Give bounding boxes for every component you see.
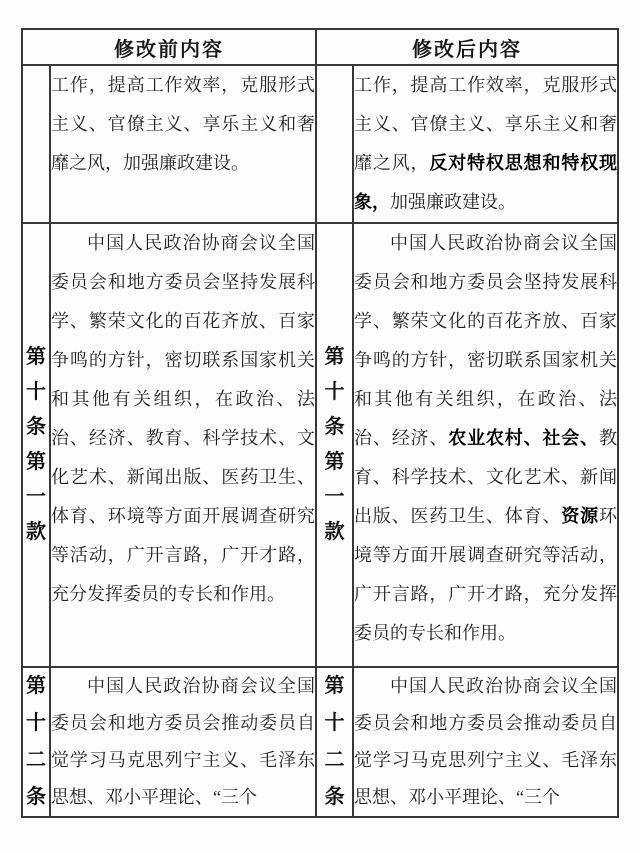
- cell-before-continuation: 工作，提高工作效率，克服形式主义、官僚主义、享乐主义和奢靡之风，加强廉政建设。: [50, 65, 316, 223]
- article-label-after-empty: [316, 65, 353, 223]
- article-label-after-12: 第十二条: [316, 667, 353, 817]
- cell-after-article-10-1: 中国人民政治协商会议全国委员会和地方委员会坚持发展科学、繁荣文化的百花齐放、百家…: [353, 223, 618, 667]
- article-label-after-10-1: 第十条第一款: [316, 223, 353, 667]
- cell-after-continuation: 工作，提高工作效率，克服形式主义、官僚主义、享乐主义和奢靡之风，反对特权思想和特…: [353, 65, 618, 223]
- article-label-before-10-1: 第十条第一款: [22, 223, 50, 667]
- cell-after-article-12: 中国人民政治协商会议全国委员会和地方委员会推动委员自觉学习马克思列宁主义、毛泽东…: [353, 667, 618, 817]
- document-page: 修改前内容 修改后内容 工作，提高工作效率，克服形式主义、官僚主义、享乐主义和奢…: [0, 0, 640, 853]
- article-label-before-empty: [22, 65, 50, 223]
- table-row-article-12: 第十二条 中国人民政治协商会议全国委员会和地方委员会推动委员自觉学习马克思列宁主…: [22, 667, 618, 817]
- header-after-column: 修改后内容: [316, 29, 618, 65]
- cell-before-article-10-1: 中国人民政治协商会议全国委员会和地方委员会坚持发展科学、繁荣文化的百花齐放、百家…: [50, 223, 316, 667]
- header-row: 修改前内容 修改后内容: [22, 29, 618, 65]
- header-before-column: 修改前内容: [22, 29, 316, 65]
- cell-before-article-12: 中国人民政治协商会议全国委员会和地方委员会推动委员自觉学习马克思列宁主义、毛泽东…: [50, 667, 316, 817]
- revision-comparison-table: 修改前内容 修改后内容 工作，提高工作效率，克服形式主义、官僚主义、享乐主义和奢…: [21, 28, 619, 818]
- table-row-continuation: 工作，提高工作效率，克服形式主义、官僚主义、享乐主义和奢靡之风，加强廉政建设。 …: [22, 65, 618, 223]
- article-label-before-12: 第十二条: [22, 667, 50, 817]
- table-row-article-10: 第十条第一款 中国人民政治协商会议全国委员会和地方委员会坚持发展科学、繁荣文化的…: [22, 223, 618, 667]
